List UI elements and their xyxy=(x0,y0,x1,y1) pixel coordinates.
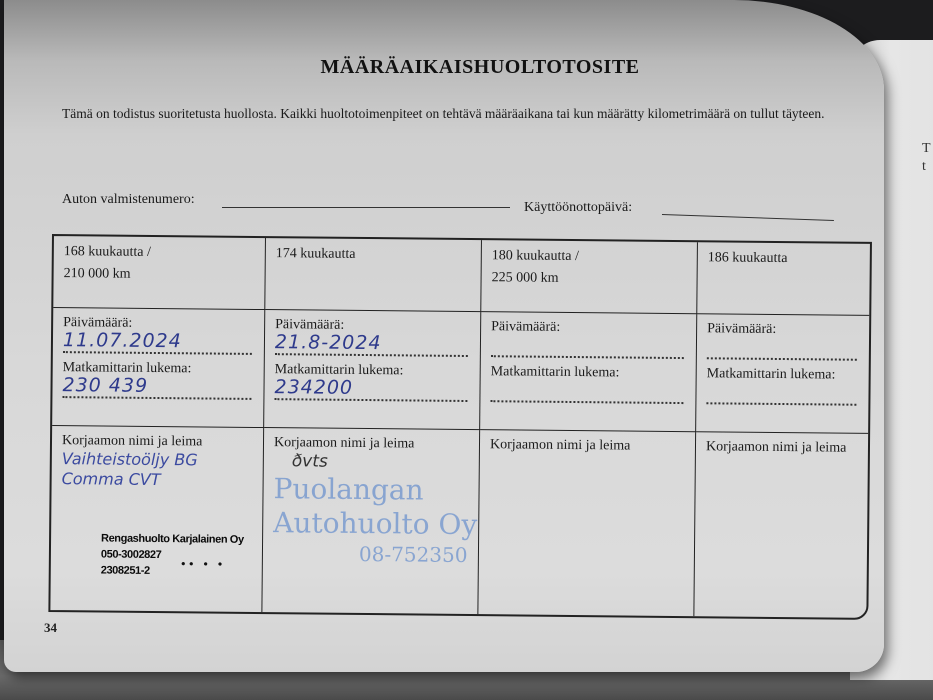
interval-months: 186 kuukautta xyxy=(708,248,860,269)
stamp-company: Rengashuolto Karjalainen Oy xyxy=(101,530,244,547)
workshop-cell-168: Korjaamon nimi ja leima Vaihteistoöljy B… xyxy=(50,426,264,612)
commissioning-date-label: Käyttöönottopäivä: xyxy=(524,200,632,216)
handwritten-note-line2: Comma CVT xyxy=(62,469,253,491)
service-table: 168 kuukautta / 210 000 km 174 kuukautta… xyxy=(48,234,872,620)
interval-cell-186: 186 kuukautta xyxy=(697,242,870,316)
interval-cell-174: 174 kuukautta xyxy=(265,238,482,312)
odometer-value[interactable] xyxy=(706,380,858,403)
date-odometer-cell-174: Päivämäärä: 21.8-2024 Matkamittarin luke… xyxy=(264,310,481,430)
stamp-phone: 08-752350 xyxy=(359,541,477,568)
handwritten-note-line1: Vaihteistoöljy BG xyxy=(62,449,253,471)
next-page-text-line2: t xyxy=(922,159,926,174)
stamp-name-line1: Puolangan xyxy=(273,472,477,508)
interval-km: 210 000 km xyxy=(64,264,255,286)
workshop-label: Korjaamon nimi ja leima xyxy=(62,432,253,451)
date-value[interactable]: 21.8-2024 xyxy=(275,331,470,355)
vehicle-info-row: Auton valmistenumero: Käyttöönottopäivä: xyxy=(62,192,842,216)
next-page-text-line1: T xyxy=(922,141,931,156)
signature: ðvts xyxy=(292,451,469,473)
workshop-cell-186: Korjaamon nimi ja leima xyxy=(694,432,868,618)
interval-cell-180: 180 kuukautta / 225 000 km xyxy=(481,240,698,314)
service-record-page: MÄÄRÄAIKAISHUOLTOTOSITE Tämä on todistus… xyxy=(4,0,884,672)
interval-months: 168 kuukautta / xyxy=(64,242,255,264)
workshop-label: Korjaamon nimi ja leima xyxy=(274,434,469,453)
workshop-label: Korjaamon nimi ja leima xyxy=(490,436,685,455)
odometer-value[interactable]: 234200 xyxy=(274,376,469,400)
stamp-name-line2: Autohuolto Oy xyxy=(273,506,477,542)
vin-label: Auton valmistenumero: xyxy=(62,192,195,208)
date-value[interactable]: 11.07.2024 xyxy=(63,329,254,353)
date-odometer-cell-168: Päivämäärä: 11.07.2024 Matkamittarin luk… xyxy=(52,308,265,428)
date-odometer-cell-186: Päivämäärä: Matkamittarin lukema: xyxy=(696,314,869,434)
odometer-dotted-line xyxy=(274,398,467,402)
commissioning-date-field[interactable] xyxy=(662,214,834,221)
interval-months: 174 kuukautta xyxy=(276,244,471,266)
interval-months: 180 kuukautta / xyxy=(492,246,687,268)
odometer-value[interactable] xyxy=(490,378,685,402)
page-title: MÄÄRÄAIKAISHUOLTOTOSITE xyxy=(4,56,933,79)
workshop-stamp-blue: Puolangan Autohuolto Oy 08-752350 xyxy=(273,472,478,568)
workshop-cell-180: Korjaamon nimi ja leima xyxy=(478,430,696,616)
odometer-dotted-line xyxy=(62,396,251,400)
interval-km xyxy=(708,270,860,271)
interval-km xyxy=(276,266,471,268)
odometer-dotted-line xyxy=(706,402,856,405)
workshop-cell-174: Korjaamon nimi ja leima ðvts Puolangan A… xyxy=(262,428,480,614)
next-page-text: T t xyxy=(922,140,931,176)
interval-km: 225 000 km xyxy=(491,268,686,290)
interval-cell-168: 168 kuukautta / 210 000 km xyxy=(53,236,266,310)
date-value[interactable] xyxy=(707,335,859,358)
date-odometer-cell-180: Päivämäärä: Matkamittarin lukema: xyxy=(480,312,697,432)
page-number: 34 xyxy=(44,620,57,636)
intro-text: Tämä on todistus suoritetusta huollosta.… xyxy=(62,104,862,123)
odometer-value[interactable]: 230 439 xyxy=(62,374,253,398)
date-value[interactable] xyxy=(491,333,686,357)
workshop-label: Korjaamon nimi ja leima xyxy=(706,438,858,456)
stamp-dots-mark: •• • • xyxy=(181,557,226,573)
vin-field[interactable] xyxy=(222,207,510,208)
